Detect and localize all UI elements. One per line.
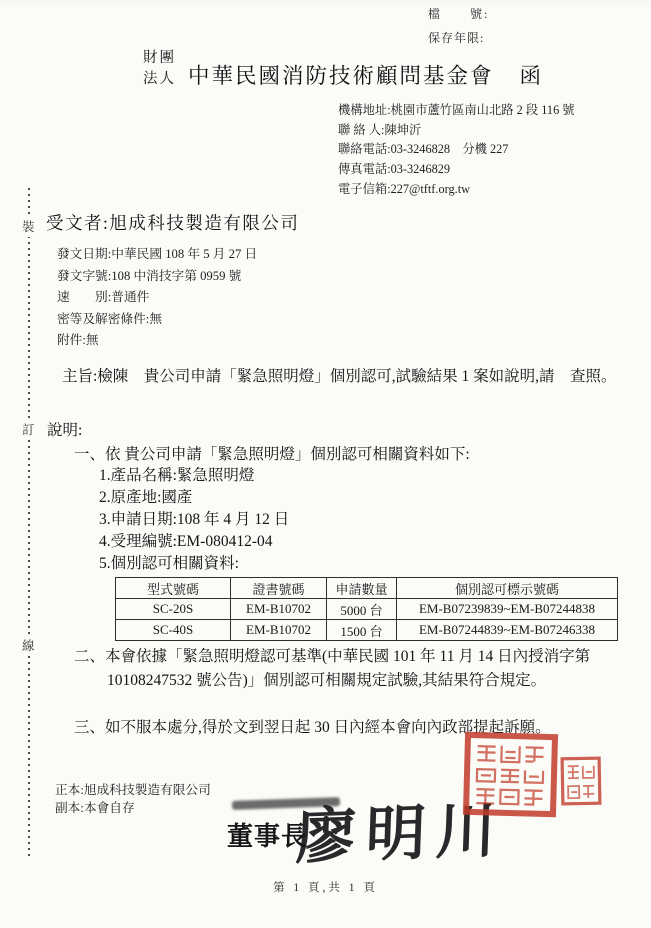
organization-name: 中華民國消防技術顧問基金會	[188, 48, 494, 90]
contact-block: 機構地址:桃園市蘆竹區南山北路 2 段 116 號 聯 絡 人:陳坤沂 聯絡電話…	[338, 101, 575, 200]
table-header-row: 型式號碼 證書號碼 申請數量 個別認可標示號碼	[116, 578, 618, 599]
file-number-label: 檔 號:	[428, 5, 489, 22]
cell-quantity: 5000 台	[327, 599, 397, 620]
detail-origin: 2.原產地:國產	[99, 487, 289, 509]
cell-label-numbers: EM-B07244839~EM-B07246338	[397, 620, 618, 641]
org-type-line2: 法人	[143, 69, 176, 90]
table-row: SC-40S EM-B10702 1500 台 EM-B07244839~EM-…	[116, 620, 618, 641]
col-model: 型式號碼	[116, 578, 231, 599]
contact-person: 聯 絡 人:陳坤沂	[338, 121, 575, 141]
letter-header: 財團 法人 中華民國消防技術顧問基金會 函	[143, 48, 541, 90]
col-label-numbers: 個別認可標示號碼	[397, 578, 618, 599]
table-row: SC-20S EM-B10702 5000 台 EM-B07239839~EM-…	[116, 599, 618, 620]
cell-certificate: EM-B10702	[231, 599, 327, 620]
delivery-speed: 速 別:普通件	[57, 287, 257, 309]
org-type: 財團 法人	[143, 48, 176, 90]
col-quantity: 申請數量	[327, 578, 397, 599]
copy-recipient-line: 副本:本會自存	[55, 797, 135, 816]
security-class: 密等及解密條件:無	[57, 309, 257, 331]
page-number-footer: 第 1 頁,共 1 頁	[0, 879, 651, 895]
binding-label-xian: 線	[21, 637, 36, 656]
cell-quantity: 1500 台	[327, 620, 397, 641]
chairman-personal-seal	[560, 756, 603, 807]
binding-dotted-line	[28, 188, 30, 856]
recipient-line: 受文者:旭成科技製造有限公司	[46, 210, 299, 235]
scanned-letter-page: 檔 號: 保存年限: 財團 法人 中華民國消防技術顧問基金會 函 機構地址:桃園…	[0, 0, 651, 928]
col-certificate: 證書號碼	[231, 578, 327, 599]
contact-fax: 傳真電話:03-3246829	[338, 160, 575, 180]
contact-address: 機構地址:桃園市蘆竹區南山北路 2 段 116 號	[338, 101, 575, 121]
org-type-line1: 財團	[143, 48, 176, 69]
approval-table: 型式號碼 證書號碼 申請數量 個別認可標示號碼 SC-20S EM-B10702…	[115, 577, 618, 641]
retention-period-label: 保存年限:	[428, 29, 484, 46]
attachment: 附件:無	[57, 330, 257, 352]
document-type: 函	[520, 48, 542, 90]
binding-label-ding: 訂	[21, 421, 36, 440]
application-detail-list: 1.產品名稱:緊急照明燈 2.原產地:國產 3.申請日期:108 年 4 月 1…	[99, 465, 289, 575]
original-recipient-line: 正本:旭成科技製造有限公司	[55, 779, 211, 798]
explanation-item-2: 二、本會依據「緊急照明燈認可基準(中華民國 101 年 11 月 14 日內授消…	[74, 645, 651, 693]
detail-case-number: 4.受理編號:EM-080412-04	[99, 531, 289, 553]
meta-block: 發文日期:中華民國 108 年 5 月 27 日 發文字號:108 中消技字第 …	[57, 244, 257, 352]
binding-label-zhuang: 裝	[21, 218, 36, 237]
detail-apply-date: 3.申請日期:108 年 4 月 12 日	[99, 509, 289, 531]
detail-approval-info: 5.個別認可相關資料:	[99, 553, 289, 575]
contact-email: 電子信箱:227@tftf.org.tw	[338, 180, 575, 200]
explanation-item-1: 一、依 貴公司申請「緊急照明燈」個別認可相關資料如下:	[74, 443, 651, 467]
explanation-label: 說明:	[47, 418, 82, 440]
cell-model: SC-20S	[116, 599, 231, 620]
cell-certificate: EM-B10702	[231, 620, 327, 641]
issue-date: 發文日期:中華民國 108 年 5 月 27 日	[57, 244, 257, 266]
detail-product-name: 1.產品名稱:緊急照明燈	[99, 465, 289, 487]
explanation-item-3: 三、如不服本處分,得於文到翌日起 30 日內經本會向內政部提起訴願。	[74, 716, 651, 740]
cell-label-numbers: EM-B07239839~EM-B07244838	[397, 599, 618, 620]
doc-number: 發文字號:108 中消技字第 0959 號	[57, 266, 257, 288]
foundation-official-seal	[462, 731, 559, 818]
cell-model: SC-40S	[116, 620, 231, 641]
contact-phone: 聯絡電話:03-3246828 分機 227	[338, 140, 575, 160]
subject-paragraph: 主旨:檢陳 貴公司申請「緊急照明燈」個別認可,試驗結果 1 案如說明,請 查照。	[62, 364, 640, 389]
